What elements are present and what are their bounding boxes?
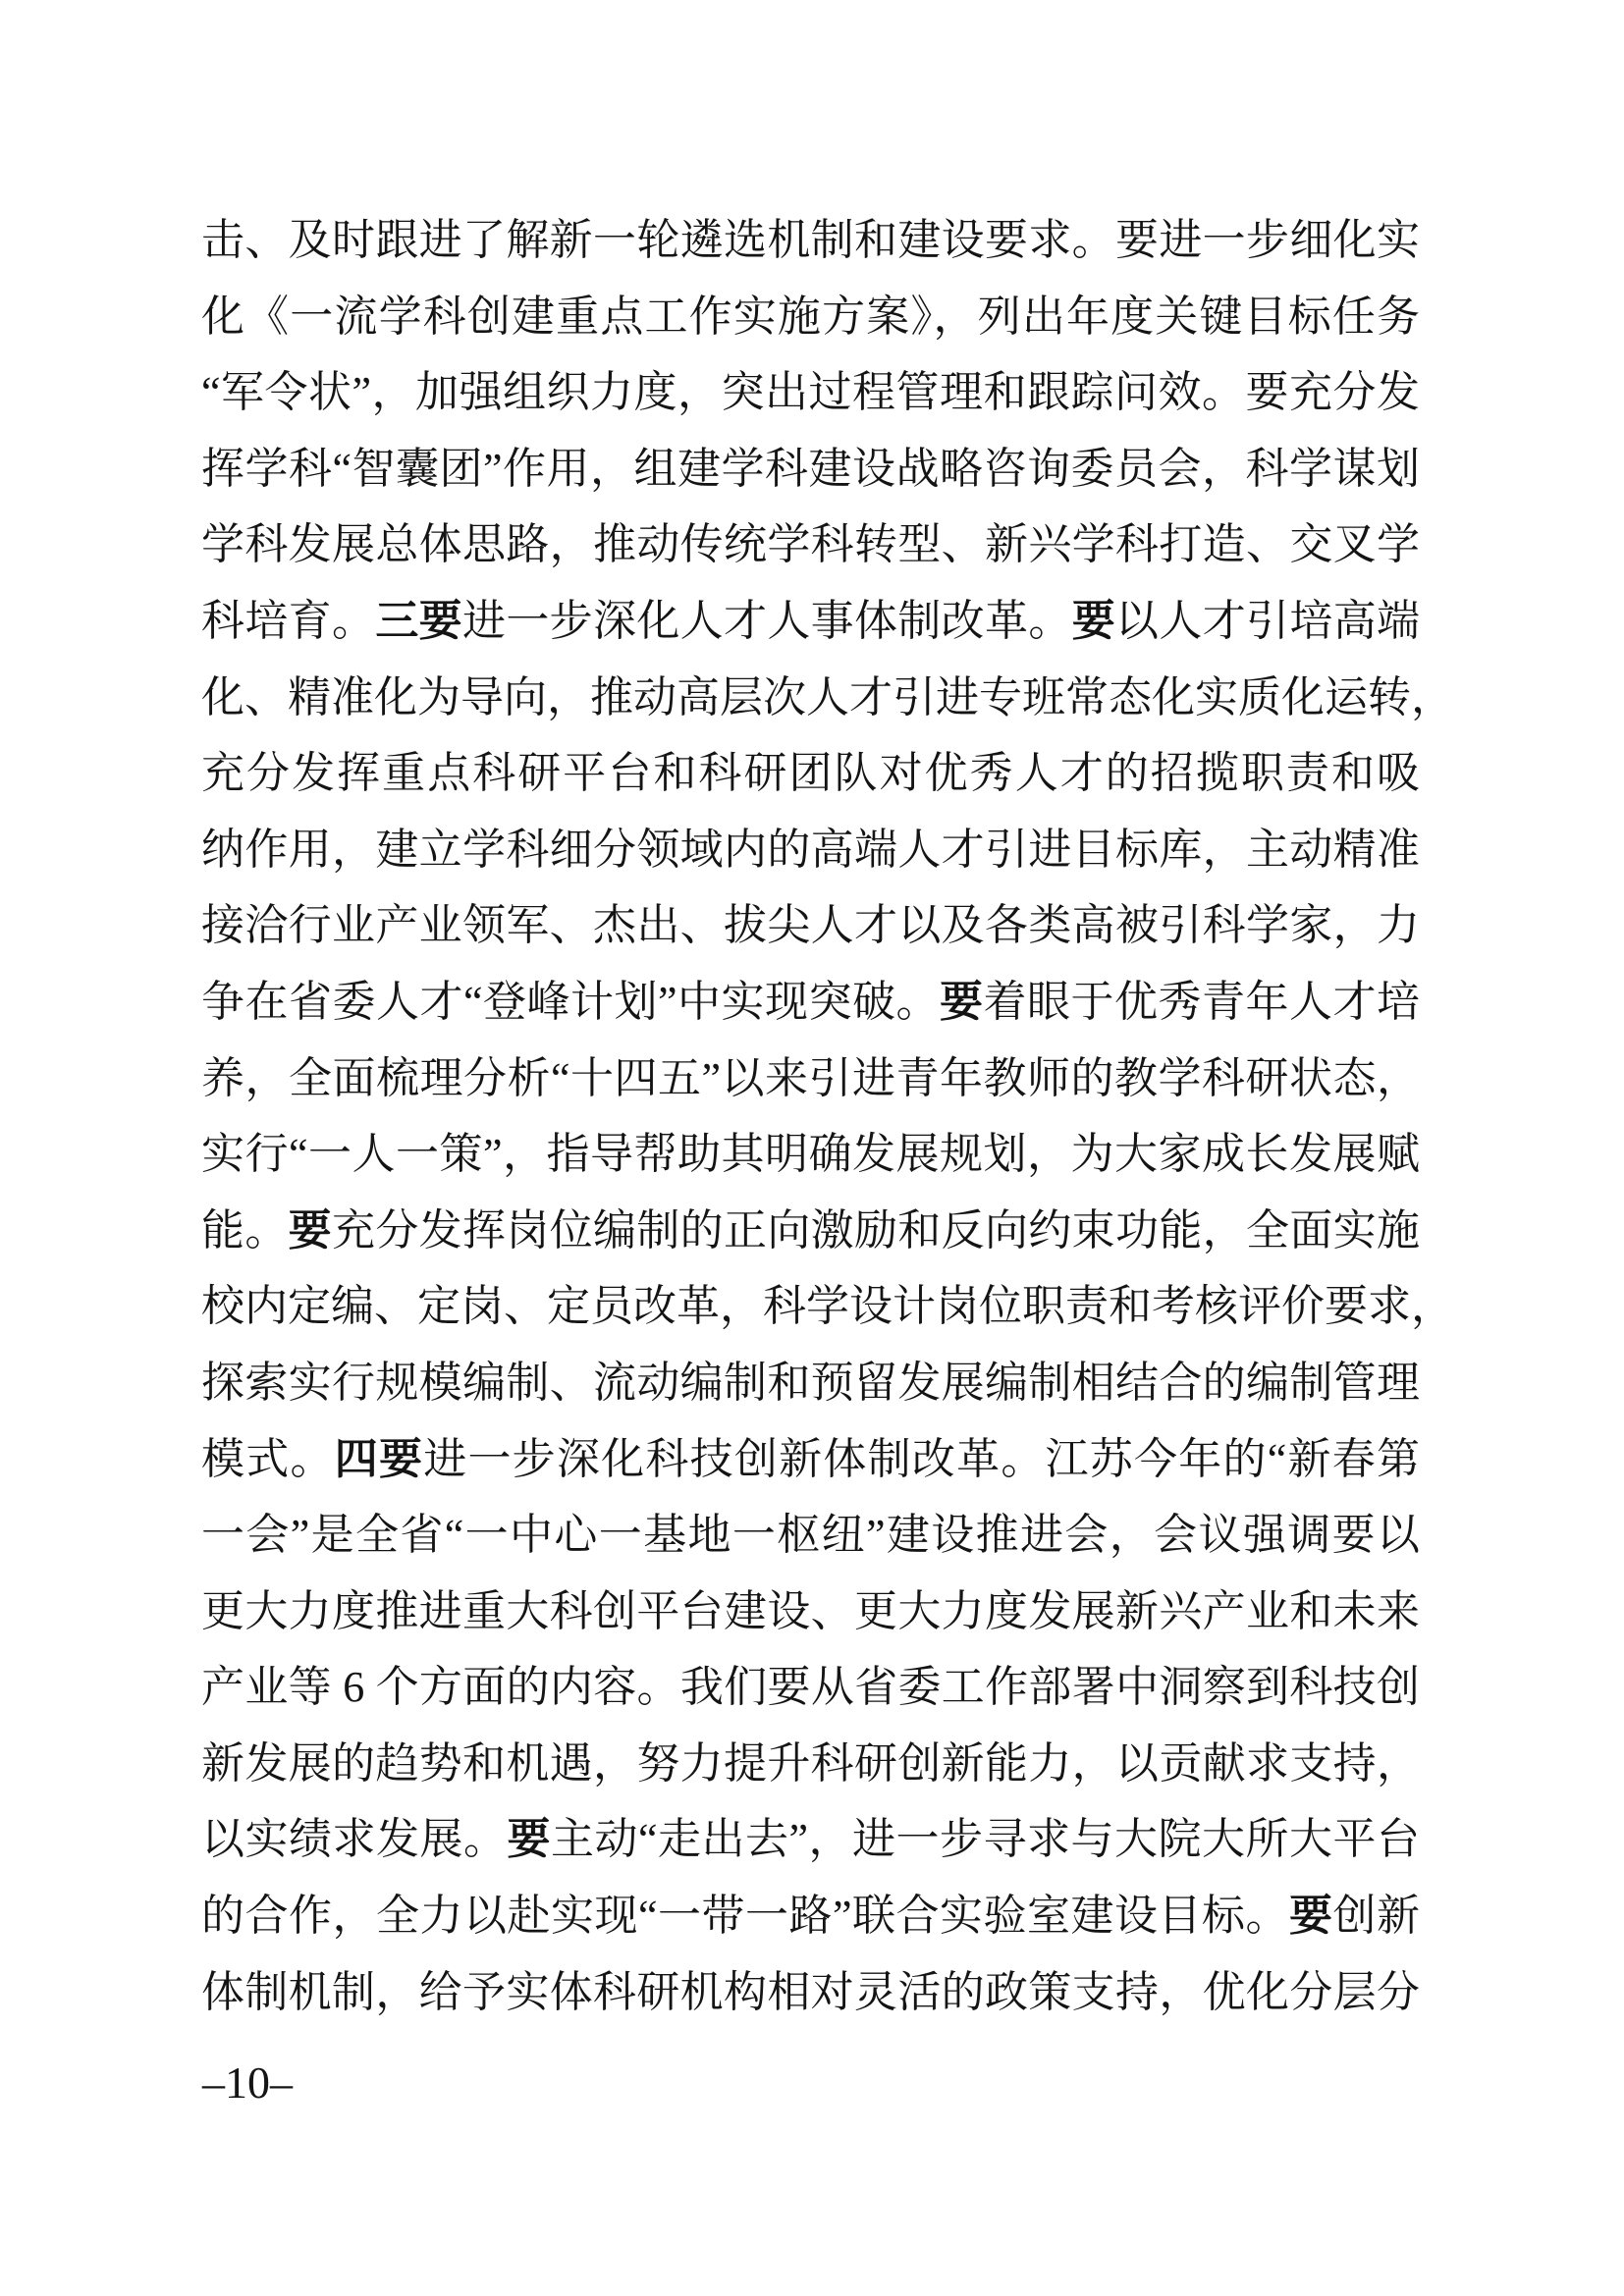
text-line: 以实绩求发展。要主动“走出去”，进一步寻求与大院大所大平台 — [201, 1801, 1420, 1878]
text-segment-bold: 要 — [289, 1206, 332, 1255]
text-segment: 能。 — [201, 1206, 289, 1255]
text-segment: 挥学科“智囊团”作用，组建学科建设战略咨询委员会，科学谋划 — [201, 445, 1420, 493]
text-line: 的合作，全力以赴实现“一带一路”联合实验室建设目标。要创新 — [201, 1878, 1420, 1954]
text-segment: 探索实行规模编制、流动编制和预留发展编制相结合的编制管理 — [201, 1359, 1420, 1407]
text-segment: 校内定编、定岗、定员改革，科学设计岗位职责和考核评价要求， — [201, 1282, 1454, 1330]
text-line: 充分发挥重点科研平台和科研团队对优秀人才的招揽职责和吸 — [201, 735, 1420, 812]
text-line: 产业等 6 个方面的内容。我们要从省委工作部署中洞察到科技创 — [201, 1649, 1420, 1726]
text-line: 实行“一人一策”，指导帮助其明确发展规划，为大家成长发展赋 — [201, 1116, 1420, 1193]
text-segment: 主动“走出去”，进一步寻求与大院大所大平台 — [551, 1815, 1420, 1863]
page-number: –10– — [202, 2057, 293, 2109]
text-line: 接洽行业产业领军、杰出、拔尖人才以及各类高被引科学家，力 — [201, 887, 1420, 964]
text-line: 校内定编、定岗、定员改革，科学设计岗位职责和考核评价要求， — [201, 1268, 1420, 1345]
text-segment: 充分发挥重点科研平台和科研团队对优秀人才的招揽职责和吸 — [201, 749, 1420, 797]
text-line: 体制机制，给予实体科研机构相对灵活的政策支持，优化分层分 — [201, 1954, 1420, 2031]
text-segment: 创新 — [1333, 1892, 1421, 1940]
text-line: 模式。四要进一步深化科技创新体制改革。江苏今年的“新春第 — [201, 1421, 1420, 1498]
text-line: 新发展的趋势和机遇，努力提升科研创新能力，以贡献求支持， — [201, 1726, 1420, 1802]
text-line: 化、精准化为导向，推动高层次人才引进专班常态化实质化运转， — [201, 660, 1420, 736]
text-segment: 新发展的趋势和机遇，努力提升科研创新能力，以贡献求支持， — [201, 1739, 1420, 1788]
text-segment-bold: 要 — [507, 1815, 551, 1863]
text-line: 能。要充分发挥岗位编制的正向激励和反向约束功能，全面实施 — [201, 1193, 1420, 1269]
text-segment: 体制机制，给予实体科研机构相对灵活的政策支持，优化分层分 — [201, 1968, 1420, 2016]
text-segment: 化《一流学科创建重点工作实施方案》，列出年度关键目标任务 — [201, 293, 1420, 341]
text-segment: 养，全面梳理分析“十四五”以来引进青年教师的教学科研状态， — [201, 1054, 1420, 1102]
text-line: 养，全面梳理分析“十四五”以来引进青年教师的教学科研状态， — [201, 1041, 1420, 1117]
text-line: 化《一流学科创建重点工作实施方案》，列出年度关键目标任务 — [201, 279, 1420, 355]
text-segment: 击、及时跟进了解新一轮遴选机制和建设要求。要进一步细化实 — [201, 216, 1420, 264]
text-segment-bold: 三要 — [375, 597, 462, 645]
text-segment: 以人才引培高端 — [1115, 597, 1420, 645]
text-segment: 一会”是全省“一中心一基地一枢纽”建设推进会，会议强调要以 — [201, 1511, 1420, 1559]
text-segment: 更大力度推进重大科创平台建设、更大力度发展新兴产业和未来 — [201, 1587, 1420, 1635]
text-segment: 化、精准化为导向，推动高层次人才引进专班常态化实质化运转， — [201, 673, 1454, 721]
text-segment: 产业等 6 个方面的内容。我们要从省委工作部署中洞察到科技创 — [201, 1663, 1420, 1711]
text-line: 一会”是全省“一中心一基地一枢纽”建设推进会，会议强调要以 — [201, 1497, 1420, 1574]
text-line: 纳作用，建立学科细分领域内的高端人才引进目标库，主动精准 — [201, 812, 1420, 888]
text-segment: 的合作，全力以赴实现“一带一路”联合实验室建设目标。 — [201, 1892, 1289, 1940]
text-line: 学科发展总体思路，推动传统学科转型、新兴学科打造、交叉学 — [201, 507, 1420, 583]
text-segment: 以实绩求发展。 — [201, 1815, 507, 1863]
text-segment: 充分发挥岗位编制的正向激励和反向约束功能，全面实施 — [332, 1206, 1420, 1255]
text-segment: 实行“一人一策”，指导帮助其明确发展规划，为大家成长发展赋 — [201, 1130, 1420, 1178]
text-segment-bold: 四要 — [335, 1435, 423, 1483]
text-segment: 进一步深化人才人事体制改革。 — [462, 597, 1072, 645]
text-segment: “军令状”，加强组织力度，突出过程管理和跟踪问效。要充分发 — [201, 368, 1420, 416]
text-line: 更大力度推进重大科创平台建设、更大力度发展新兴产业和未来 — [201, 1574, 1420, 1650]
text-segment: 争在省委人才“登峰计划”中实现突破。 — [201, 978, 940, 1026]
text-line: 科培育。三要进一步深化人才人事体制改革。要以人才引培高端 — [201, 583, 1420, 660]
text-segment-bold: 要 — [1289, 1892, 1333, 1940]
text-line: 探索实行规模编制、流动编制和预留发展编制相结合的编制管理 — [201, 1345, 1420, 1421]
text-line: 争在省委人才“登峰计划”中实现突破。要着眼于优秀青年人才培 — [201, 964, 1420, 1041]
document-page: 击、及时跟进了解新一轮遴选机制和建设要求。要进一步细化实化《一流学科创建重点工作… — [0, 0, 1624, 2296]
text-line: “军令状”，加强组织力度，突出过程管理和跟踪问效。要充分发 — [201, 354, 1420, 431]
text-segment: 科培育。 — [201, 597, 375, 645]
text-segment: 学科发展总体思路，推动传统学科转型、新兴学科打造、交叉学 — [201, 520, 1420, 568]
text-segment-bold: 要 — [940, 978, 984, 1026]
text-segment: 接洽行业产业领军、杰出、拔尖人才以及各类高被引科学家，力 — [201, 901, 1420, 949]
document-body: 击、及时跟进了解新一轮遴选机制和建设要求。要进一步细化实化《一流学科创建重点工作… — [201, 202, 1420, 2030]
text-line: 击、及时跟进了解新一轮遴选机制和建设要求。要进一步细化实 — [201, 202, 1420, 279]
text-segment-bold: 要 — [1072, 597, 1115, 645]
text-segment: 模式。 — [201, 1435, 335, 1483]
text-segment: 纳作用，建立学科细分领域内的高端人才引进目标库，主动精准 — [201, 826, 1420, 874]
text-segment: 着眼于优秀青年人才培 — [984, 978, 1420, 1026]
text-line: 挥学科“智囊团”作用，组建学科建设战略咨询委员会，科学谋划 — [201, 431, 1420, 507]
text-segment: 进一步深化科技创新体制改革。江苏今年的“新春第 — [423, 1435, 1420, 1483]
